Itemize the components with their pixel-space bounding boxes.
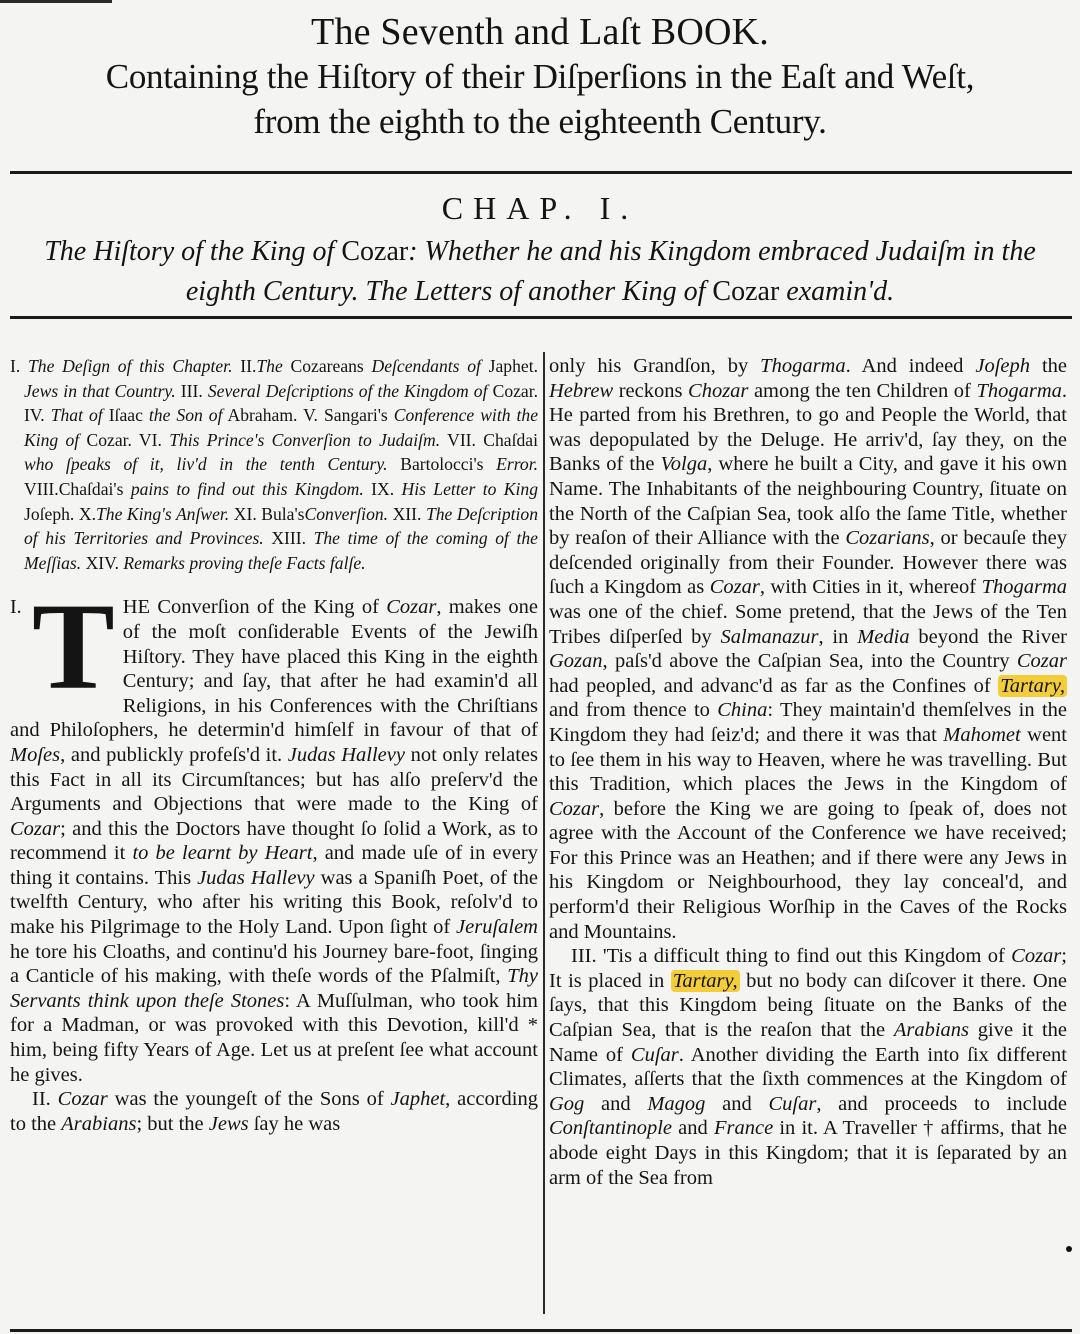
body-text: Cozar (1011, 945, 1061, 967)
footer-rule (10, 1329, 1072, 1332)
summary-text: Chaſdai's (59, 479, 124, 499)
body-text: Arabians (894, 1019, 969, 1041)
header-rule (10, 171, 1072, 174)
body-text: Cozar (549, 798, 599, 820)
body-text: , before the King we are going to ſpeak … (549, 798, 1067, 943)
book-subtitle-line-2: from the eighth to the eighteenth Centur… (0, 99, 1080, 144)
chapter-title: The Hiſtory of the King of Cozar: Whethe… (12, 232, 1068, 312)
body-text: , paſs'd above the Caſpian Sea, into the… (603, 650, 1017, 672)
body-text: Jeruſalem (456, 916, 538, 938)
summary-text: Jews in that Country. (24, 381, 176, 401)
summary-text: The (256, 356, 282, 376)
summary-text: Bula's (261, 504, 304, 524)
summary-text: Abraham. (228, 405, 298, 425)
right-column: only his Grandſon, by Thogarma. And inde… (549, 354, 1067, 1190)
body-text: and from thence to (549, 699, 717, 721)
body-text: France (714, 1117, 773, 1139)
margin-dot (1066, 1246, 1072, 1252)
chapter-heading: CHAP. I. (0, 190, 1080, 226)
body-text: Cozar (710, 576, 760, 598)
body-text: Salmanazur (721, 626, 819, 648)
body-text: HE Converſion of the King of (123, 596, 386, 618)
summary-text: Cozareans (291, 356, 364, 376)
summary-number: X. (79, 504, 96, 524)
body-text: Cozar (58, 1088, 108, 1110)
body-text: and (705, 1093, 768, 1115)
body-text: and (584, 1093, 647, 1115)
body-text: Cozarians (845, 527, 929, 549)
summary-number: V. (303, 405, 318, 425)
summary-number: XIII. (271, 528, 306, 548)
body-text: Cozar (10, 818, 60, 840)
body-text: , in (818, 626, 857, 648)
chapter-summary: I. The Deſign of this Chapter. II.The Co… (10, 354, 538, 575)
body-text: had peopled, and advanc'd as far as the … (549, 675, 998, 697)
top-corner-bar (0, 0, 112, 3)
body-text: reckons (613, 380, 688, 402)
summary-number: I. (10, 356, 20, 376)
column-divider (543, 352, 545, 1314)
summary-text: The Deſign of this Chapter. (28, 356, 232, 376)
body-text: China (717, 699, 767, 721)
body-text: Moſes (10, 744, 60, 766)
summary-text: Bartolocci's (400, 454, 483, 474)
body-text: the (1030, 355, 1067, 377)
summary-number: III. (181, 381, 203, 401)
section-marker: I. (10, 595, 22, 620)
summary-number: XIV. (86, 553, 119, 573)
paragraph-section-1: I. THE Converſion of the King of Cozar, … (10, 595, 538, 1087)
body-text: , and publickly profeſs'd it. (60, 744, 288, 766)
body-text: Mahomet (943, 724, 1020, 746)
body-text: Volga (661, 453, 708, 475)
summary-number: VI. (139, 430, 162, 450)
paragraph-section-3: III. 'Tis a difficult thing to find out … (549, 944, 1067, 1190)
body-text: beyond the River (910, 626, 1067, 648)
body-text: , and proceeds to include (816, 1093, 1067, 1115)
summary-text: Sangari's (324, 405, 388, 425)
paragraph-section-2-continued: only his Grandſon, by Thogarma. And inde… (549, 354, 1067, 944)
body-text: Judas Hallevy (197, 867, 315, 889)
body-text: and (672, 1117, 714, 1139)
summary-number: VIII. (24, 479, 59, 499)
body-text: among the ten Children of (748, 380, 976, 402)
body-text: , with Cities in it, whereof (760, 576, 982, 598)
chapter-title-text: The Hiſtory of the King of (44, 236, 341, 267)
body-text: Judas Hallevy (288, 744, 405, 766)
body-text: Thogarma (982, 576, 1067, 598)
summary-number: IV. (24, 405, 45, 425)
body-text: Jews (209, 1113, 249, 1135)
highlighted-tartary-1[interactable]: Tartary, (998, 675, 1067, 697)
body-text: only his Grandſon, by (549, 355, 760, 377)
summary-text: Several Deſcriptions of the Kingdom of (208, 381, 488, 401)
body-text: ſay he was (249, 1113, 341, 1135)
summary-text: who ſpeaks of it, liv'd in the tenth Cen… (24, 454, 388, 474)
summary-text: His Letter to King (401, 479, 538, 499)
chapter-title-cozar: Cozar (712, 276, 779, 307)
body-text: Thogarma (760, 355, 845, 377)
book-title: The Seventh and Laſt BOOK. (0, 10, 1080, 54)
body-text: Gog (549, 1093, 584, 1115)
highlighted-tartary-2[interactable]: Tartary, (671, 970, 740, 992)
summary-number: XI. (234, 504, 257, 524)
summary-number: IX. (371, 479, 394, 499)
body-text: Thogarma (976, 380, 1061, 402)
summary-text: the Son of (149, 405, 223, 425)
body-text: Gozan (549, 650, 603, 672)
body-text: Japhet (391, 1088, 446, 1110)
summary-text: Cozar. (493, 381, 538, 401)
summary-number: VII. (447, 430, 476, 450)
body-text: Cuſar (631, 1044, 679, 1066)
chapter-title-text: examin'd. (779, 276, 894, 307)
body-text: Media (857, 626, 909, 648)
summary-text: That of (51, 405, 103, 425)
body-text: to be learnt by Heart (132, 842, 312, 864)
body-text: Cuſar (768, 1093, 816, 1115)
body-text: Joſeph (975, 355, 1030, 377)
body-text: Hebrew (549, 380, 613, 402)
book-subtitle-line-1: Containing the Hiſtory of their Diſperſi… (0, 54, 1080, 99)
summary-text: Chaſdai (483, 430, 538, 450)
summary-number: II. (240, 356, 256, 376)
drop-cap: T (32, 599, 115, 699)
left-column: I. The Deſign of this Chapter. II.The Co… (10, 354, 538, 1136)
body-text: . And indeed (846, 355, 976, 377)
summary-text: Joſeph. (24, 504, 74, 524)
summary-text: Converſion. (305, 504, 389, 524)
body-text: Magog (647, 1093, 705, 1115)
body-text: Cozar (1017, 650, 1067, 672)
summary-text: Remarks proving theſe Facts falſe. (123, 553, 365, 573)
book-header: The Seventh and Laſt BOOK. Containing th… (0, 10, 1080, 144)
summary-text: Error. (496, 454, 538, 474)
body-text: III. 'Tis a difficult thing to find out … (571, 945, 1011, 967)
body-text: Arabians (61, 1113, 136, 1135)
body-text: Chozar (688, 380, 748, 402)
body-text: he tore his Cloaths, and continu'd his J… (10, 941, 538, 988)
summary-text: This Prince's Converſion to Judaiſm. (169, 430, 440, 450)
section-marker: II. (32, 1088, 58, 1110)
summary-text: Japhet. (489, 356, 538, 376)
summary-number: XII. (393, 504, 422, 524)
body-text: ; but the (136, 1113, 208, 1135)
summary-text: The King's Anſwer. (96, 504, 229, 524)
body-text: Cozar (386, 596, 436, 618)
summary-text: Cozar. (87, 430, 132, 450)
summary-text: Iſaac (109, 405, 143, 425)
chapter-rule (10, 316, 1072, 319)
body-text: Conſtantinople (549, 1117, 672, 1139)
body-text: was the youngeſt of the Sons of (108, 1088, 391, 1110)
paragraph-section-2: II. Cozar was the youngeſt of the Sons o… (10, 1087, 538, 1136)
summary-text: pains to find out this Kingdom. (131, 479, 364, 499)
summary-text: Deſcendants of (372, 356, 481, 376)
chapter-title-cozar: Cozar (341, 236, 408, 267)
